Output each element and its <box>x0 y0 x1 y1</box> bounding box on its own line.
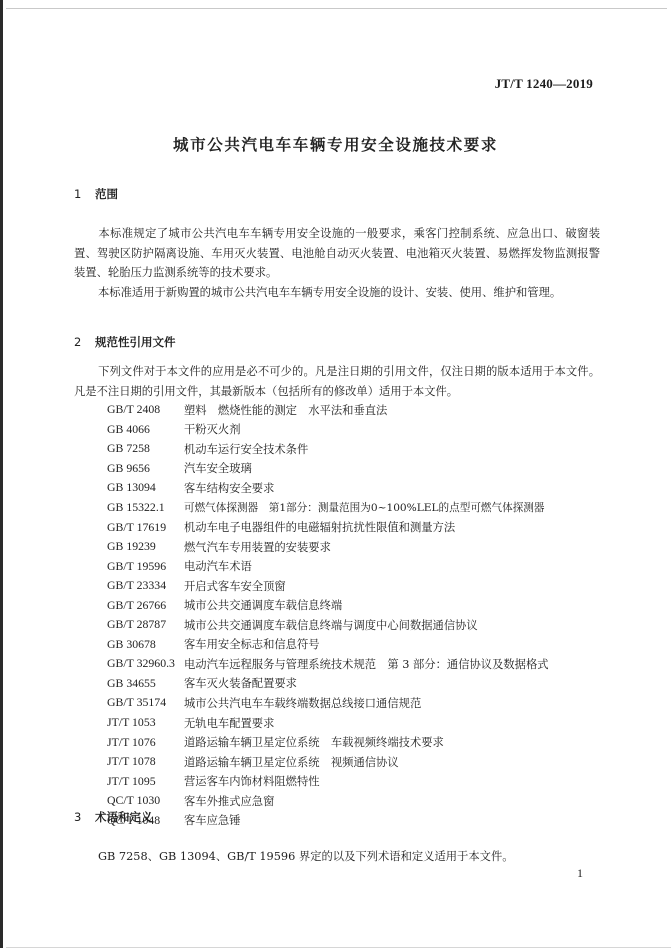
reference-code: GB/T 32960.3 <box>107 656 184 671</box>
reference-title: 电动汽车术语 <box>184 558 252 574</box>
reference-code: JT/T 1076 <box>107 735 184 750</box>
reference-code: JT/T 1095 <box>107 774 184 789</box>
reference-code: GB/T 28787 <box>107 617 184 632</box>
section-title: 规范性引用文件 <box>95 335 176 349</box>
reference-item: GB 30678客车用安全标志和信息符号 <box>107 635 549 655</box>
reference-item: GB/T 17619机动车电子电器组件的电磁辐射抗扰性限值和测量方法 <box>107 517 549 537</box>
reference-item: JT/T 1076道路运输车辆卫星定位系统 车载视频终端技术要求 <box>107 732 549 752</box>
reference-code: GB 19239 <box>107 539 184 554</box>
reference-item: GB 7258机动车运行安全技术条件 <box>107 439 549 459</box>
reference-code: GB/T 19596 <box>107 559 184 574</box>
reference-item: GB/T 32960.3电动汽车远程服务与管理系统技术规范 第 3 部分：通信协… <box>107 654 549 674</box>
reference-code: GB 15322.1 <box>107 500 184 515</box>
section-number: 3 <box>74 810 95 824</box>
reference-item: QC/T 1030客车外推式应急窗 <box>107 791 549 811</box>
reference-code: GB 9656 <box>107 461 184 476</box>
reference-code: GB 7258 <box>107 441 184 456</box>
reference-item: GB/T 2408塑料 燃烧性能的测定 水平法和垂直法 <box>107 400 549 420</box>
reference-title: 汽车安全玻璃 <box>184 460 252 476</box>
reference-title: 开启式客车安全顶窗 <box>184 578 286 594</box>
reference-code: GB 4066 <box>107 422 184 437</box>
reference-title: 可燃气体探测器 第1部分：测量范围为0~100%LEL的点型可燃气体探测器 <box>184 500 544 515</box>
reference-title: 客车灭火装备配置要求 <box>184 675 297 691</box>
reference-item: GB/T 28787城市公共交通调度车载信息终端与调度中心间数据通信协议 <box>107 615 549 635</box>
reference-title: 干粉灭火剂 <box>184 421 241 437</box>
section-1-paragraph-1: 本标准规定了城市公共汽电车车辆专用安全设施的一般要求，乘客门控制系统、应急出口、… <box>74 224 600 283</box>
reference-item: GB 4066干粉灭火剂 <box>107 420 549 440</box>
standard-code: JT/T 1240—2019 <box>495 76 593 92</box>
section-number: 2 <box>74 335 95 349</box>
reference-item: GB 34655客车灭火装备配置要求 <box>107 674 549 694</box>
section-1-paragraph-2: 本标准适用于新购置的城市公共汽电车车辆专用安全设施的设计、安装、使用、维护和管理… <box>74 283 600 303</box>
reference-title: 机动车电子电器组件的电磁辐射抗扰性限值和测量方法 <box>184 519 455 535</box>
reference-code: JT/T 1078 <box>107 754 184 769</box>
reference-item: GB/T 35174城市公共汽电车车载终端数据总线接口通信规范 <box>107 693 549 713</box>
reference-code: GB/T 23334 <box>107 578 184 593</box>
reference-code: GB 30678 <box>107 637 184 652</box>
reference-title: 无轨电车配置要求 <box>184 715 274 731</box>
section-2-heading: 2规范性引用文件 <box>74 334 176 350</box>
reference-item: GB/T 23334开启式客车安全顶窗 <box>107 576 549 596</box>
reference-item: JT/T 1053无轨电车配置要求 <box>107 713 549 733</box>
reference-title: 电动汽车远程服务与管理系统技术规范 第 3 部分：通信协议及数据格式 <box>184 656 549 672</box>
reference-title: 营运客车内饰材料阻燃特性 <box>184 773 320 789</box>
section-1-heading: 1范围 <box>74 186 118 202</box>
reference-item: GB 9656汽车安全玻璃 <box>107 459 549 479</box>
section-3-paragraph: GB 7258、GB 13094、GB/T 19596 界定的以及下列术语和定义… <box>74 847 600 867</box>
normative-references-list: GB/T 2408塑料 燃烧性能的测定 水平法和垂直法 GB 4066干粉灭火剂… <box>107 400 549 830</box>
reference-title: 城市公共交通调度车载信息终端 <box>184 597 342 613</box>
reference-title: 燃气汽车专用装置的安装要求 <box>184 539 331 555</box>
page-number: 1 <box>577 866 583 881</box>
section-title: 范围 <box>95 187 118 201</box>
page-top-border <box>6 8 667 9</box>
reference-code: JT/T 1053 <box>107 715 184 730</box>
reference-item: GB/T 19596电动汽车术语 <box>107 556 549 576</box>
reference-item: QC/T 1048客车应急锤 <box>107 810 549 830</box>
reference-code: GB/T 17619 <box>107 520 184 535</box>
reference-title: 城市公共交通调度车载信息终端与调度中心间数据通信协议 <box>184 617 478 633</box>
reference-code: GB/T 26766 <box>107 598 184 613</box>
reference-title: 道路运输车辆卫星定位系统 视频通信协议 <box>184 754 399 770</box>
reference-title: 机动车运行安全技术条件 <box>184 441 308 457</box>
reference-code: GB/T 35174 <box>107 695 184 710</box>
reference-code: QC/T 1030 <box>107 793 184 808</box>
reference-title: 塑料 燃烧性能的测定 水平法和垂直法 <box>184 402 387 418</box>
section-3-heading: 3术语和定义 <box>74 809 153 825</box>
reference-item: JT/T 1095营运客车内饰材料阻燃特性 <box>107 771 549 791</box>
reference-title: 客车应急锤 <box>184 812 241 828</box>
reference-code: GB 34655 <box>107 676 184 691</box>
reference-title: 道路运输车辆卫星定位系统 车载视频终端技术要求 <box>184 734 444 750</box>
reference-code: GB 13094 <box>107 480 184 495</box>
section-title: 术语和定义 <box>95 810 153 824</box>
section-2-paragraph: 下列文件对于本文件的应用是必不可少的。凡是注日期的引用文件，仅注日期的版本适用于… <box>74 362 600 401</box>
document-title: 城市公共汽电车车辆专用安全设施技术要求 <box>0 133 671 155</box>
reference-item: GB 15322.1可燃气体探测器 第1部分：测量范围为0~100%LEL的点型… <box>107 498 549 518</box>
reference-title: 客车结构安全要求 <box>184 480 274 496</box>
reference-item: GB 19239燃气汽车专用装置的安装要求 <box>107 537 549 557</box>
reference-title: 城市公共汽电车车载终端数据总线接口通信规范 <box>184 695 421 711</box>
reference-item: JT/T 1078道路运输车辆卫星定位系统 视频通信协议 <box>107 752 549 772</box>
reference-code: GB/T 2408 <box>107 402 184 417</box>
reference-item: GB 13094客车结构安全要求 <box>107 478 549 498</box>
reference-title: 客车外推式应急窗 <box>184 793 274 809</box>
section-number: 1 <box>74 187 95 201</box>
reference-title: 客车用安全标志和信息符号 <box>184 636 320 652</box>
reference-item: GB/T 26766城市公共交通调度车载信息终端 <box>107 595 549 615</box>
